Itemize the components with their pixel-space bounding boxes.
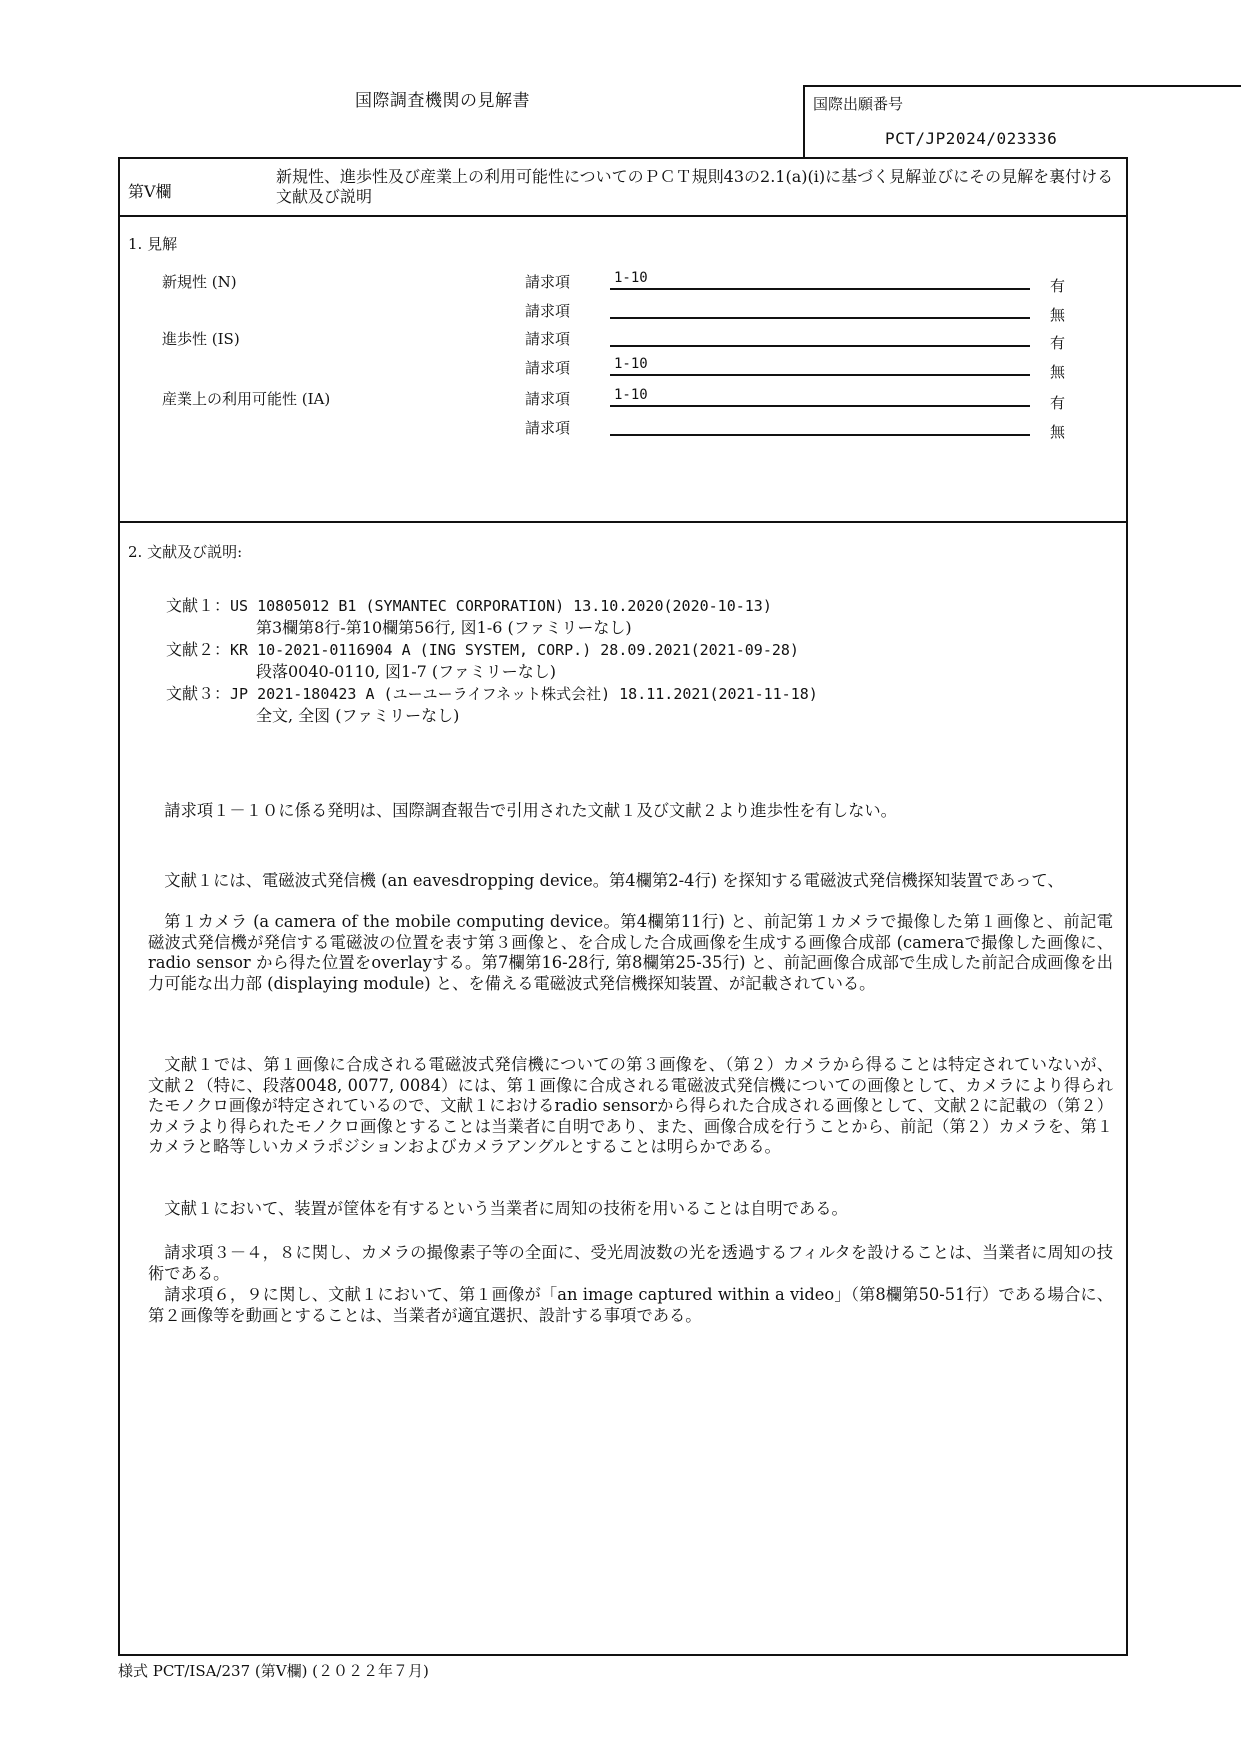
paragraph-claims-6-9: 請求項６，９に関し、文献１において、第１画像が「an image capture… xyxy=(148,1285,1113,1326)
claim-label: 請求項 xyxy=(525,357,570,378)
opinion-row: 新規性 (N) 請求項 1-10 有 xyxy=(120,271,1126,297)
opinion-row: 請求項 無 xyxy=(120,300,1126,326)
result-label: 無 xyxy=(1050,304,1065,325)
result-label: 有 xyxy=(1050,392,1065,413)
column-label: 第Ⅴ欄 xyxy=(128,179,172,202)
result-label: 有 xyxy=(1050,332,1065,353)
result-label: 無 xyxy=(1050,361,1065,382)
box-v-frame: 第Ⅴ欄 新規性、進歩性及び産業上の利用可能性についてのＰＣＴ規則43の2.1(a… xyxy=(118,157,1128,1656)
claim-label: 請求項 xyxy=(525,328,570,349)
opinion-row: 進歩性 (IS) 請求項 有 xyxy=(120,328,1126,354)
paragraph-ref1-intro: 文献１には、電磁波式発信機 (an eavesdropping device。第… xyxy=(148,871,1113,892)
reference-label: 文献１： xyxy=(166,596,230,615)
opinion-row: 産業上の利用可能性 (IA) 請求項 1-10 有 xyxy=(120,388,1126,414)
reference-citation: JP 2021-180423 A (ユーユーライフネット株式会社) 18.11.… xyxy=(230,685,818,703)
claim-numbers: 1-10 xyxy=(610,270,1030,290)
category-label: 新規性 (N) xyxy=(162,271,237,292)
application-number-box: 国際出願番号 PCT/JP2024/023336 xyxy=(803,85,1241,158)
result-label: 無 xyxy=(1050,421,1065,442)
reference-label: 文献２： xyxy=(166,640,230,659)
reference-2: 文献２：KR 10-2021-0116904 A (ING SYSTEM, CO… xyxy=(166,637,799,660)
paragraph-ref1-detail: 第１カメラ (a camera of the mobile computing … xyxy=(148,912,1113,994)
claim-numbers xyxy=(610,416,1030,436)
reference-1: 文献１：US 10805012 B1 (SYMANTEC CORPORATION… xyxy=(166,593,772,616)
document-title: 国際調査機関の見解書 xyxy=(355,86,530,111)
application-number-label: 国際出願番号 xyxy=(813,93,903,114)
claim-numbers: 1-10 xyxy=(610,356,1030,376)
opinion-section: 1. 見解 新規性 (N) 請求項 1-10 有 請求項 無 進歩性 (IS) … xyxy=(120,217,1126,523)
result-label: 有 xyxy=(1050,275,1065,296)
claim-label: 請求項 xyxy=(525,271,570,292)
reference-3-detail: 全文, 全図 (ファミリーなし) xyxy=(256,703,459,726)
paragraph-claims-3-4-8: 請求項３－４，８に関し、カメラの撮像素子等の全面に、受光周波数の光を透過するフィ… xyxy=(148,1243,1113,1284)
box-header: 第Ⅴ欄 新規性、進歩性及び産業上の利用可能性についてのＰＣＴ規則43の2.1(a… xyxy=(120,159,1126,217)
claim-numbers: 1-10 xyxy=(610,387,1030,407)
application-number: PCT/JP2024/023336 xyxy=(885,129,1057,148)
claim-label: 請求項 xyxy=(525,388,570,409)
claim-numbers xyxy=(610,299,1030,319)
claim-label: 請求項 xyxy=(525,300,570,321)
category-label: 産業上の利用可能性 (IA) xyxy=(162,388,330,409)
paragraph-conclusion: 請求項１－１０に係る発明は、国際調査報告で引用された文献１及び文献２より進歩性を… xyxy=(148,801,1113,822)
reference-label: 文献３： xyxy=(166,684,230,703)
opinion-row: 請求項 1-10 無 xyxy=(120,357,1126,383)
opinion-row: 請求項 無 xyxy=(120,417,1126,443)
reference-citation: KR 10-2021-0116904 A (ING SYSTEM, CORP.)… xyxy=(230,641,799,659)
reference-2-detail: 段落0040-0110, 図1-7 (ファミリーなし) xyxy=(256,659,556,682)
form-footer: 様式 PCT/ISA/237 (第Ⅴ欄) (２０２２年７月) xyxy=(118,1660,429,1681)
claim-label: 請求項 xyxy=(525,417,570,438)
reference-1-detail: 第3欄第8行-第10欄第56行, 図1-6 (ファミリーなし) xyxy=(256,615,632,638)
claim-numbers xyxy=(610,327,1030,347)
reference-3: 文献３：JP 2021-180423 A (ユーユーライフネット株式会社) 18… xyxy=(166,681,818,704)
paragraph-housing: 文献１において、装置が筐体を有するという当業者に周知の技術を用いることは自明であ… xyxy=(148,1199,1113,1220)
box-description: 新規性、進歩性及び産業上の利用可能性についてのＰＣＴ規則43の2.1(a)(i)… xyxy=(276,167,1116,207)
category-label: 進歩性 (IS) xyxy=(162,328,240,349)
paragraph-ref2-combination: 文献１では、第１画像に合成される電磁波式発信機についての第３画像を、（第２）カメ… xyxy=(148,1055,1113,1158)
section2-title: 2. 文献及び説明: xyxy=(128,541,242,562)
section1-title: 1. 見解 xyxy=(128,233,177,254)
reference-citation: US 10805012 B1 (SYMANTEC CORPORATION) 13… xyxy=(230,597,772,615)
